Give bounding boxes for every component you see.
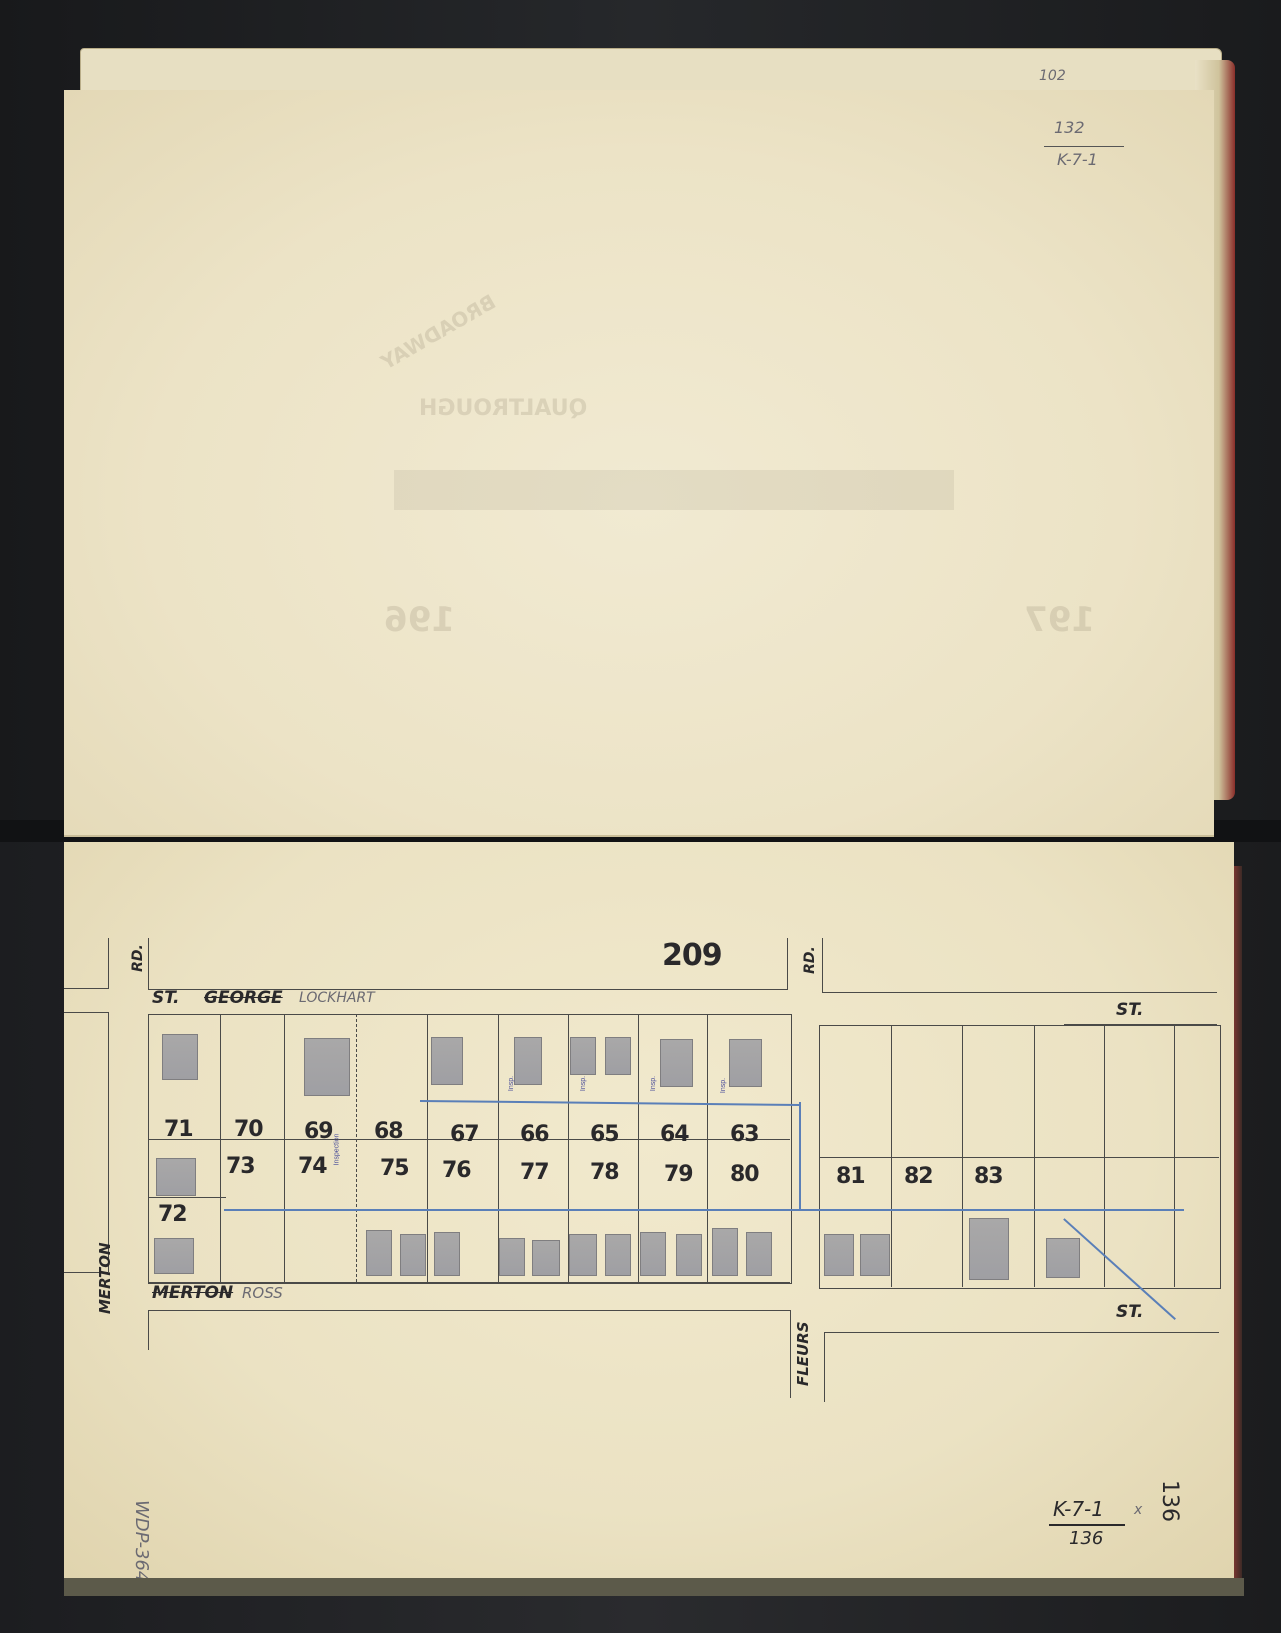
road-label-east-lower: FLEURS bbox=[794, 1321, 812, 1386]
lot-number: 67 bbox=[450, 1122, 479, 1147]
page-bottom-edge bbox=[64, 1578, 1244, 1596]
building bbox=[434, 1232, 460, 1276]
annotation-label: Inspection bbox=[333, 1134, 340, 1166]
building bbox=[729, 1039, 762, 1087]
block-edge bbox=[822, 992, 1217, 993]
bleed-through-text: 196 bbox=[384, 600, 455, 640]
lot-number: 83 bbox=[974, 1164, 1003, 1189]
street-name-struck-north: GEORGE bbox=[204, 988, 283, 1008]
building bbox=[676, 1234, 702, 1276]
street-suffix-south: ST. bbox=[1116, 1302, 1143, 1322]
bleed-through-text: QUALTROUGH bbox=[419, 396, 587, 421]
building bbox=[969, 1218, 1009, 1280]
road-label-west: RD. bbox=[130, 944, 146, 972]
lot-number: 80 bbox=[730, 1162, 759, 1187]
lot-number: 78 bbox=[590, 1160, 619, 1185]
pencil-reference: WDP-364 bbox=[131, 1500, 152, 1582]
page-ref-top: K-7-1 bbox=[1053, 1497, 1104, 1521]
upper-page: 102 132 K-7-1 QUALTROUGH BROADWAY 196 19… bbox=[64, 90, 1214, 835]
road-edge bbox=[822, 938, 823, 992]
building bbox=[400, 1234, 426, 1276]
lot-number: 64 bbox=[660, 1122, 689, 1147]
annotation-label: Insp. bbox=[720, 1078, 727, 1093]
lot-number: 73 bbox=[226, 1154, 255, 1179]
building bbox=[1046, 1238, 1080, 1278]
street-name-pencil-north: LOCKHART bbox=[299, 990, 375, 1006]
building bbox=[514, 1037, 542, 1085]
bleed-through-text: 197 bbox=[1024, 600, 1095, 640]
bleed-through-block bbox=[394, 470, 954, 510]
building bbox=[162, 1034, 198, 1080]
annotation-label: Insp. bbox=[580, 1076, 587, 1091]
pencil-mark: x bbox=[1134, 1502, 1142, 1518]
lot-number: 69 bbox=[304, 1119, 333, 1144]
lot-number: 72 bbox=[158, 1202, 187, 1227]
building bbox=[569, 1234, 597, 1276]
building bbox=[431, 1037, 463, 1085]
building bbox=[640, 1232, 666, 1276]
building bbox=[366, 1230, 392, 1276]
building bbox=[660, 1039, 693, 1087]
water-service-line bbox=[799, 1102, 801, 1210]
lot-number: 71 bbox=[164, 1117, 193, 1142]
road-edge bbox=[64, 1012, 108, 1013]
road-edge bbox=[108, 1012, 109, 1272]
road-label-west-lower: MERTON bbox=[96, 1242, 114, 1314]
road-edge bbox=[64, 988, 109, 989]
street-name-pencil-south: ROSS bbox=[242, 1284, 283, 1302]
building bbox=[712, 1228, 738, 1276]
lot-number: 63 bbox=[730, 1122, 759, 1147]
building bbox=[499, 1238, 525, 1276]
road-label-east: RD. bbox=[802, 946, 818, 974]
building bbox=[746, 1232, 772, 1276]
water-main-line bbox=[224, 1209, 1184, 1211]
lot-number: 70 bbox=[234, 1117, 263, 1142]
lot-number: 77 bbox=[520, 1160, 549, 1185]
lower-page-map: RD. RD. 209 ST. GEORGE LOCKHART ST. bbox=[64, 842, 1234, 1579]
street-prefix-north: ST. bbox=[152, 988, 179, 1008]
lot-number: 75 bbox=[380, 1156, 409, 1181]
bleed-through-text: BROADWAY bbox=[377, 290, 500, 375]
street-suffix-north: ST. bbox=[1116, 1000, 1143, 1020]
street-name-struck-south: MERTON bbox=[152, 1283, 233, 1303]
building bbox=[824, 1234, 854, 1276]
page-ref-top: 132 bbox=[1054, 118, 1085, 137]
building bbox=[570, 1037, 596, 1075]
annotation-label: Insp. bbox=[650, 1076, 657, 1091]
lot-number: 65 bbox=[590, 1122, 619, 1147]
building bbox=[532, 1240, 560, 1276]
building bbox=[605, 1234, 631, 1276]
lot-number: 82 bbox=[904, 1164, 933, 1189]
page-ref-divider bbox=[1044, 146, 1124, 147]
lot-number: 79 bbox=[664, 1162, 693, 1187]
page-ref-divider bbox=[1049, 1524, 1125, 1526]
building bbox=[156, 1158, 196, 1196]
building bbox=[860, 1234, 890, 1276]
lot-number: 81 bbox=[836, 1164, 865, 1189]
road-edge bbox=[108, 938, 109, 988]
building bbox=[154, 1238, 194, 1274]
road-edge bbox=[148, 938, 149, 990]
page-ref-bottom: K-7-1 bbox=[1057, 150, 1098, 169]
lot-number: 68 bbox=[374, 1119, 403, 1144]
tab-number: 102 bbox=[1039, 68, 1066, 84]
lot-number: 74 bbox=[298, 1154, 327, 1179]
page-number: 136 bbox=[1157, 1480, 1182, 1522]
lot-number: 76 bbox=[442, 1158, 471, 1183]
block-number: 209 bbox=[662, 938, 722, 973]
road-edge bbox=[787, 938, 788, 990]
annotation-label: Insp. bbox=[508, 1076, 515, 1091]
building bbox=[304, 1038, 350, 1096]
building bbox=[605, 1037, 631, 1075]
page-ref-bottom: 136 bbox=[1069, 1528, 1103, 1549]
lot-number: 66 bbox=[520, 1122, 549, 1147]
